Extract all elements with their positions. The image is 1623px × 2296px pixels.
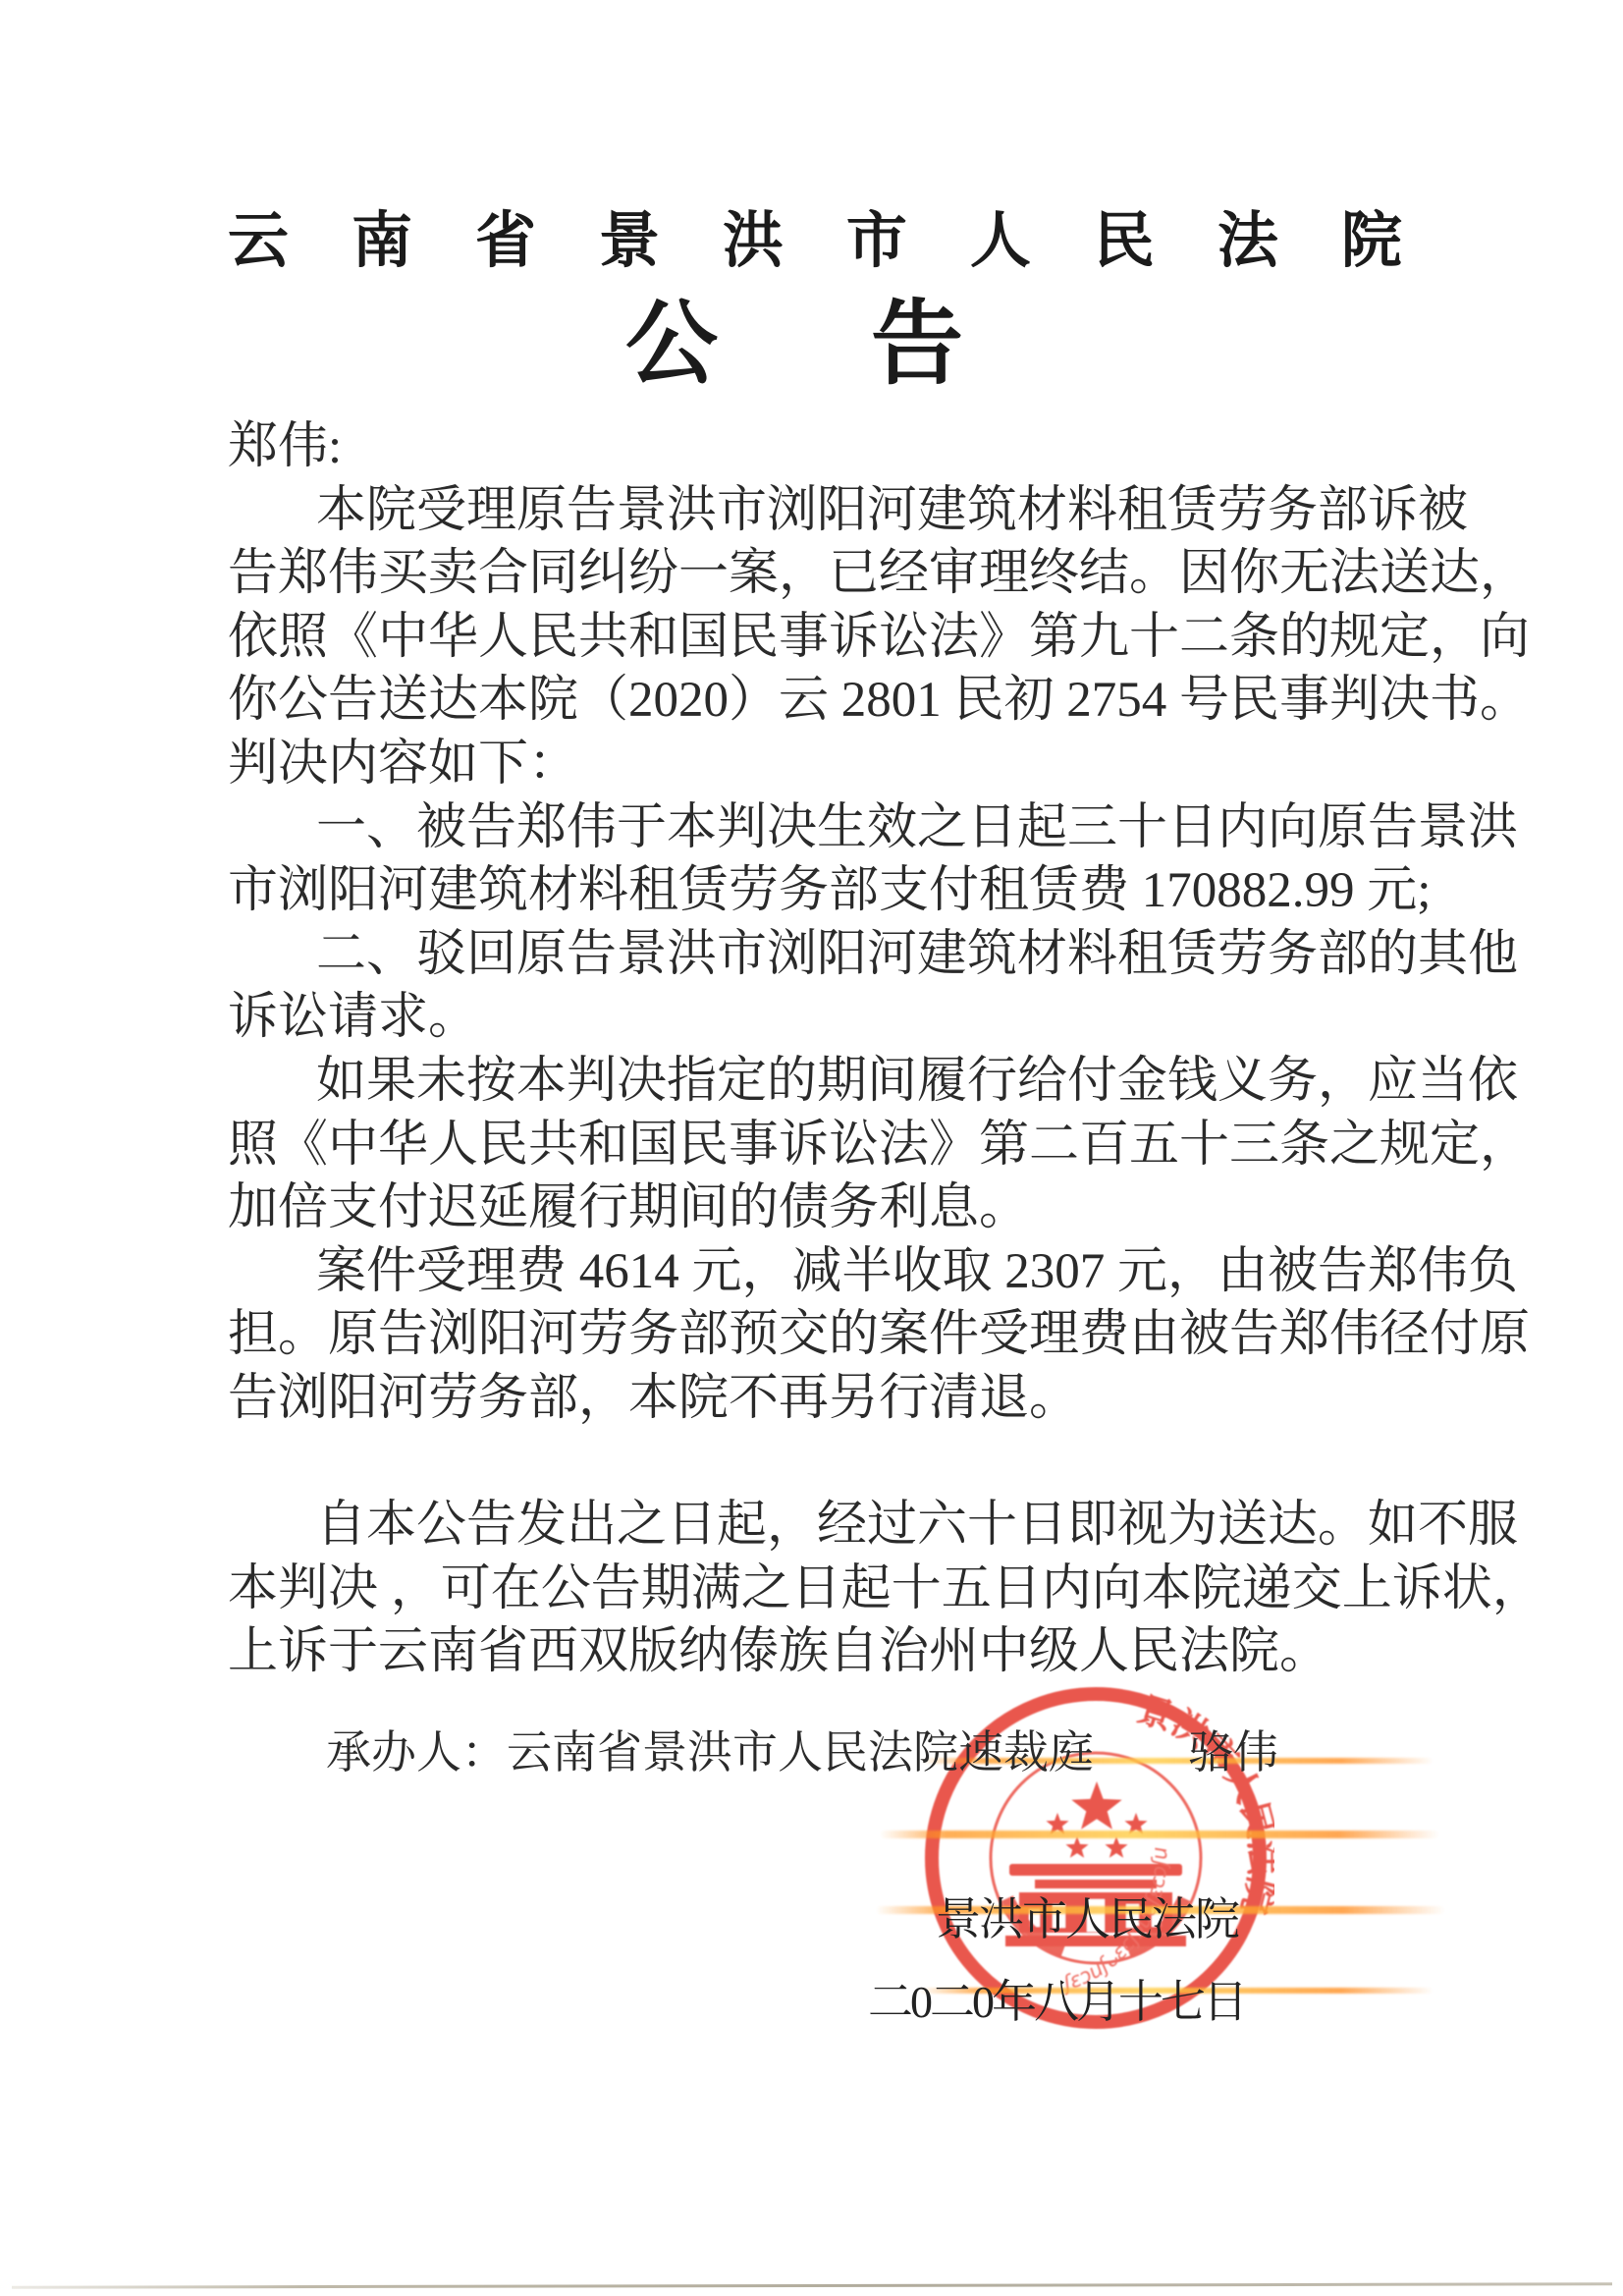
heading-char: 告 — [871, 291, 963, 397]
body-line: 自本公告发出之日起，经过六十日即视为送达。如不服 — [228, 1494, 1465, 1558]
court-title: 云南省景洪市人民法院 — [228, 206, 1402, 276]
body-line: 担。原告浏阳河劳务部预交的案件受理费由被告郑伟径付原 — [228, 1303, 1465, 1367]
body-line: 告浏阳河劳务部，本院不再另行清退。 — [228, 1367, 1465, 1431]
blank-line — [228, 1431, 1465, 1495]
court-announcement-page: 云南省景洪市人民法院 公告 郑伟:本院受理原告景洪市浏阳河建筑材料租赁劳务部诉被… — [0, 0, 1623, 2296]
organizer-line: 承办人：云南省景洪市人民法院速裁庭骆伟 — [326, 1726, 1278, 1779]
scan-edge-line — [12, 2282, 1612, 2288]
announcement-body: 郑伟:本院受理原告景洪市浏阳河建筑材料租赁劳务部诉被告郑伟买卖合同纠纷一案，已经… — [228, 415, 1465, 1684]
heading-char: 法 — [1217, 206, 1278, 276]
body-line: 二、驳回原告景洪市浏阳河建筑材料租赁劳务部的其他 — [228, 923, 1465, 987]
body-line: 市浏阳河建筑材料租赁劳务部支付租赁费 170882.99 元; — [228, 859, 1465, 923]
signature-court-name: 景洪市人民法院 — [936, 1884, 1238, 1948]
heading-char: 云 — [228, 206, 289, 276]
heading-char: 市 — [846, 206, 907, 276]
body-line: 依照《中华人民共和国民事诉讼法》第九十二条的规定，向 — [228, 606, 1465, 670]
organizer-label: 承办人：云南省景洪市人民法院速裁庭 — [326, 1727, 1094, 1777]
body-line: 你公告送达本院（2020）云 2801 民初 2754 号民事判决书。 — [228, 669, 1465, 733]
organizer-name: 骆伟 — [1188, 1727, 1278, 1777]
signature-date: 二0二0年八月十七日 — [868, 1966, 1245, 2031]
heading-char: 景 — [599, 206, 660, 276]
body-line: 诉讼请求。 — [228, 986, 1465, 1050]
heading-char: 公 — [625, 291, 718, 397]
heading-char: 省 — [475, 206, 536, 276]
body-line: 告郑伟买卖合同纠纷一案，已经审理终结。因你无法送达， — [228, 542, 1465, 606]
body-line: 判决内容如下： — [228, 733, 1465, 796]
heading-char: 院 — [1341, 206, 1402, 276]
announcement-heading: 公告 — [625, 291, 963, 397]
heading-char: 洪 — [723, 206, 784, 276]
body-line: 本判决 ，可在公告期满之日起十五日内向本院递交上诉状， — [228, 1558, 1465, 1621]
heading-char: 南 — [352, 206, 412, 276]
body-line: 上诉于云南省西双版纳傣族自治州中级人民法院。 — [228, 1620, 1465, 1684]
body-line: 如果未按本判决指定的期间履行给付金钱义务，应当依 — [228, 1050, 1465, 1114]
emblem-stars — [1046, 1781, 1147, 1858]
heading-char: 民 — [1094, 206, 1155, 276]
body-line: 案件受理费 4614 元，减半收取 2307 元，由被告郑伟负 — [228, 1240, 1465, 1304]
body-line: 本院受理原告景洪市浏阳河建筑材料租赁劳务部诉被 — [228, 479, 1465, 543]
body-line: 郑伟: — [228, 415, 1465, 479]
body-line: 加倍支付迟延履行期间的债务利息。 — [228, 1176, 1465, 1240]
body-line: 照《中华人民共和国民事诉讼法》第二百五十三条之规定， — [228, 1114, 1465, 1177]
heading-char: 人 — [970, 206, 1031, 276]
scan-streak — [880, 1831, 1439, 1838]
body-line: 一、被告郑伟于本判决生效之日起三十日内向原告景洪 — [228, 796, 1465, 860]
